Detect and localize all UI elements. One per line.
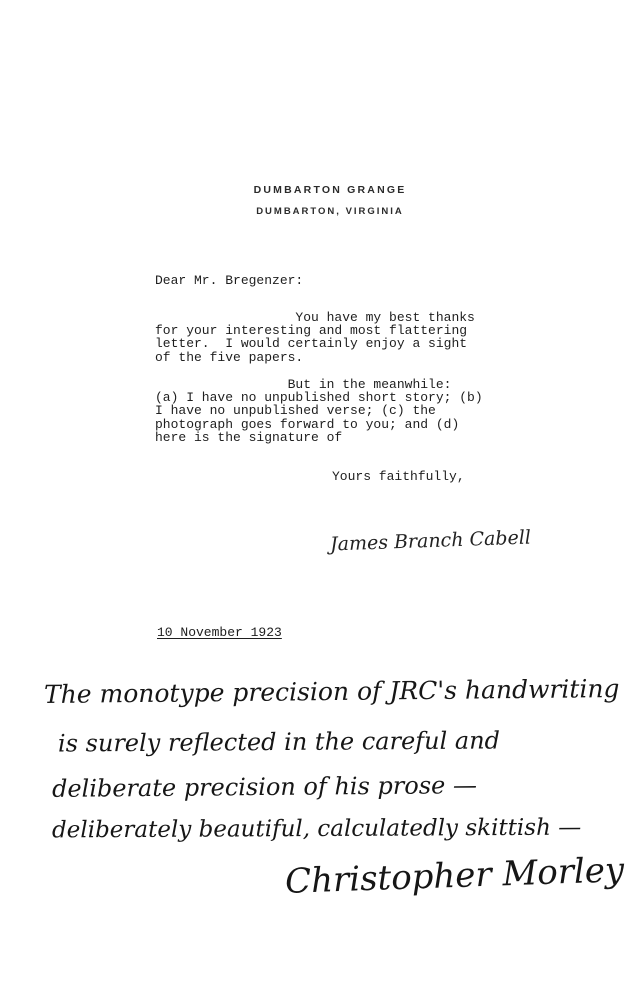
- salutation: Dear Mr. Bregenzer:: [155, 274, 303, 287]
- letter-scan-page: DUMBARTON GRANGE DUMBARTON, VIRGINIA Dea…: [0, 0, 626, 1000]
- letterhead: DUMBARTON GRANGE DUMBARTON, VIRGINIA: [17, 184, 626, 217]
- cabell-signature: James Branch Cabell: [330, 527, 532, 556]
- annotation-line-4: deliberately beautiful, calculatedly ski…: [52, 815, 581, 844]
- annotation-line-2: is surely reflected in the careful and: [58, 726, 500, 757]
- annotation-line-3: deliberate precision of his prose —: [52, 771, 477, 803]
- morley-signature: Christopher Morley: [284, 850, 624, 902]
- date-line: 10 November 1923: [157, 626, 282, 639]
- letterhead-line2: DUMBARTON, VIRGINIA: [17, 206, 626, 217]
- letterhead-line1: DUMBARTON GRANGE: [17, 184, 626, 196]
- closing-line: Yours faithfully,: [332, 470, 465, 483]
- annotation-line-1: The monotype precision of JRC's handwrit…: [44, 674, 620, 709]
- letter-paragraph-2: But in the meanwhile: (a) I have no unpu…: [155, 378, 483, 444]
- letter-paragraph-1: You have my best thanks for your interes…: [155, 311, 475, 364]
